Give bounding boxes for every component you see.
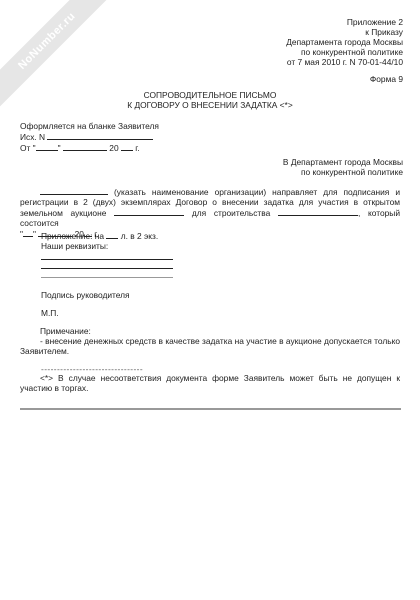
attachment-block: Приложение: на л. в 2 экз. Наши реквизит… xyxy=(41,230,158,251)
year-suffix: г. xyxy=(135,143,139,153)
note-block: Примечание: - внесение денежных средств … xyxy=(20,326,400,356)
addressee-line-1: В Департамент города Москвы xyxy=(183,157,403,167)
attachment-suffix: л. в 2 экз. xyxy=(121,231,159,241)
form-number: Форма 9 xyxy=(370,74,403,84)
quote: " xyxy=(33,229,36,239)
signature-label: Подпись руководителя xyxy=(41,290,130,300)
addressee-block: В Департамент города Москвы по конкурент… xyxy=(183,157,403,177)
ref-label: Исх. N xyxy=(20,132,45,142)
header-line: Приложение 2 xyxy=(183,17,403,27)
requisites-label: Наши реквизиты: xyxy=(41,241,158,251)
stamp-label: М.П. xyxy=(41,308,59,318)
month-blank[interactable] xyxy=(63,142,107,151)
organization-blank[interactable] xyxy=(40,186,108,195)
year-prefix: 20 xyxy=(109,143,118,153)
blank-note: Оформляется на бланке Заявителя xyxy=(20,121,159,131)
note-label: Примечание: xyxy=(20,326,400,336)
attachment-row: Приложение: на л. в 2 экз. xyxy=(41,230,158,241)
addressee-line-2: по конкурентной политике xyxy=(183,167,403,177)
body-text-2: для строительства xyxy=(192,208,270,218)
title-line-1: СОПРОВОДИТЕЛЬНОЕ ПИСЬМО xyxy=(0,90,420,100)
note-text: - внесение денежных средств в качестве з… xyxy=(20,336,400,356)
header-line: Департамента города Москвы xyxy=(183,37,403,47)
order-header: Приложение 2 к Приказу Департамента горо… xyxy=(183,17,403,67)
construction-blank[interactable] xyxy=(278,207,358,216)
day-blank[interactable] xyxy=(36,142,58,151)
applicant-block: Оформляется на бланке Заявителя Исх. N О… xyxy=(20,121,159,153)
bottom-divider xyxy=(20,408,401,410)
requisites-line-2[interactable] xyxy=(41,268,173,269)
header-line: от 7 мая 2010 г. N 70-01-44/10 xyxy=(183,57,403,67)
header-line: к Приказу xyxy=(183,27,403,37)
date-row: От "" 20 г. xyxy=(20,142,159,153)
document-title: СОПРОВОДИТЕЛЬНОЕ ПИСЬМО К ДОГОВОРУ О ВНЕ… xyxy=(0,90,420,110)
auction-blank[interactable] xyxy=(114,207,184,216)
pages-blank[interactable] xyxy=(106,230,118,239)
title-line-2: К ДОГОВОРУ О ВНЕСЕНИИ ЗАДАТКА <*> xyxy=(0,100,420,110)
requisites-line-3[interactable] xyxy=(41,277,173,278)
attachment-prefix: Приложение: на xyxy=(41,231,104,241)
requisites-line-1[interactable] xyxy=(41,259,173,260)
year-blank[interactable] xyxy=(121,142,133,151)
quote: " xyxy=(58,143,61,153)
footnote-block: <*> В случае несоответствия документа фо… xyxy=(20,373,400,393)
footnote-text: <*> В случае несоответствия документа фо… xyxy=(20,373,400,393)
outgoing-number-row: Исх. N xyxy=(20,131,159,142)
header-line: по конкурентной политике xyxy=(183,47,403,57)
date-prefix: От " xyxy=(20,143,36,153)
letter-paragraph: (указать наименование организации) напра… xyxy=(20,186,400,228)
ref-number-blank[interactable] xyxy=(47,131,153,140)
auction-day-blank[interactable] xyxy=(23,228,33,237)
